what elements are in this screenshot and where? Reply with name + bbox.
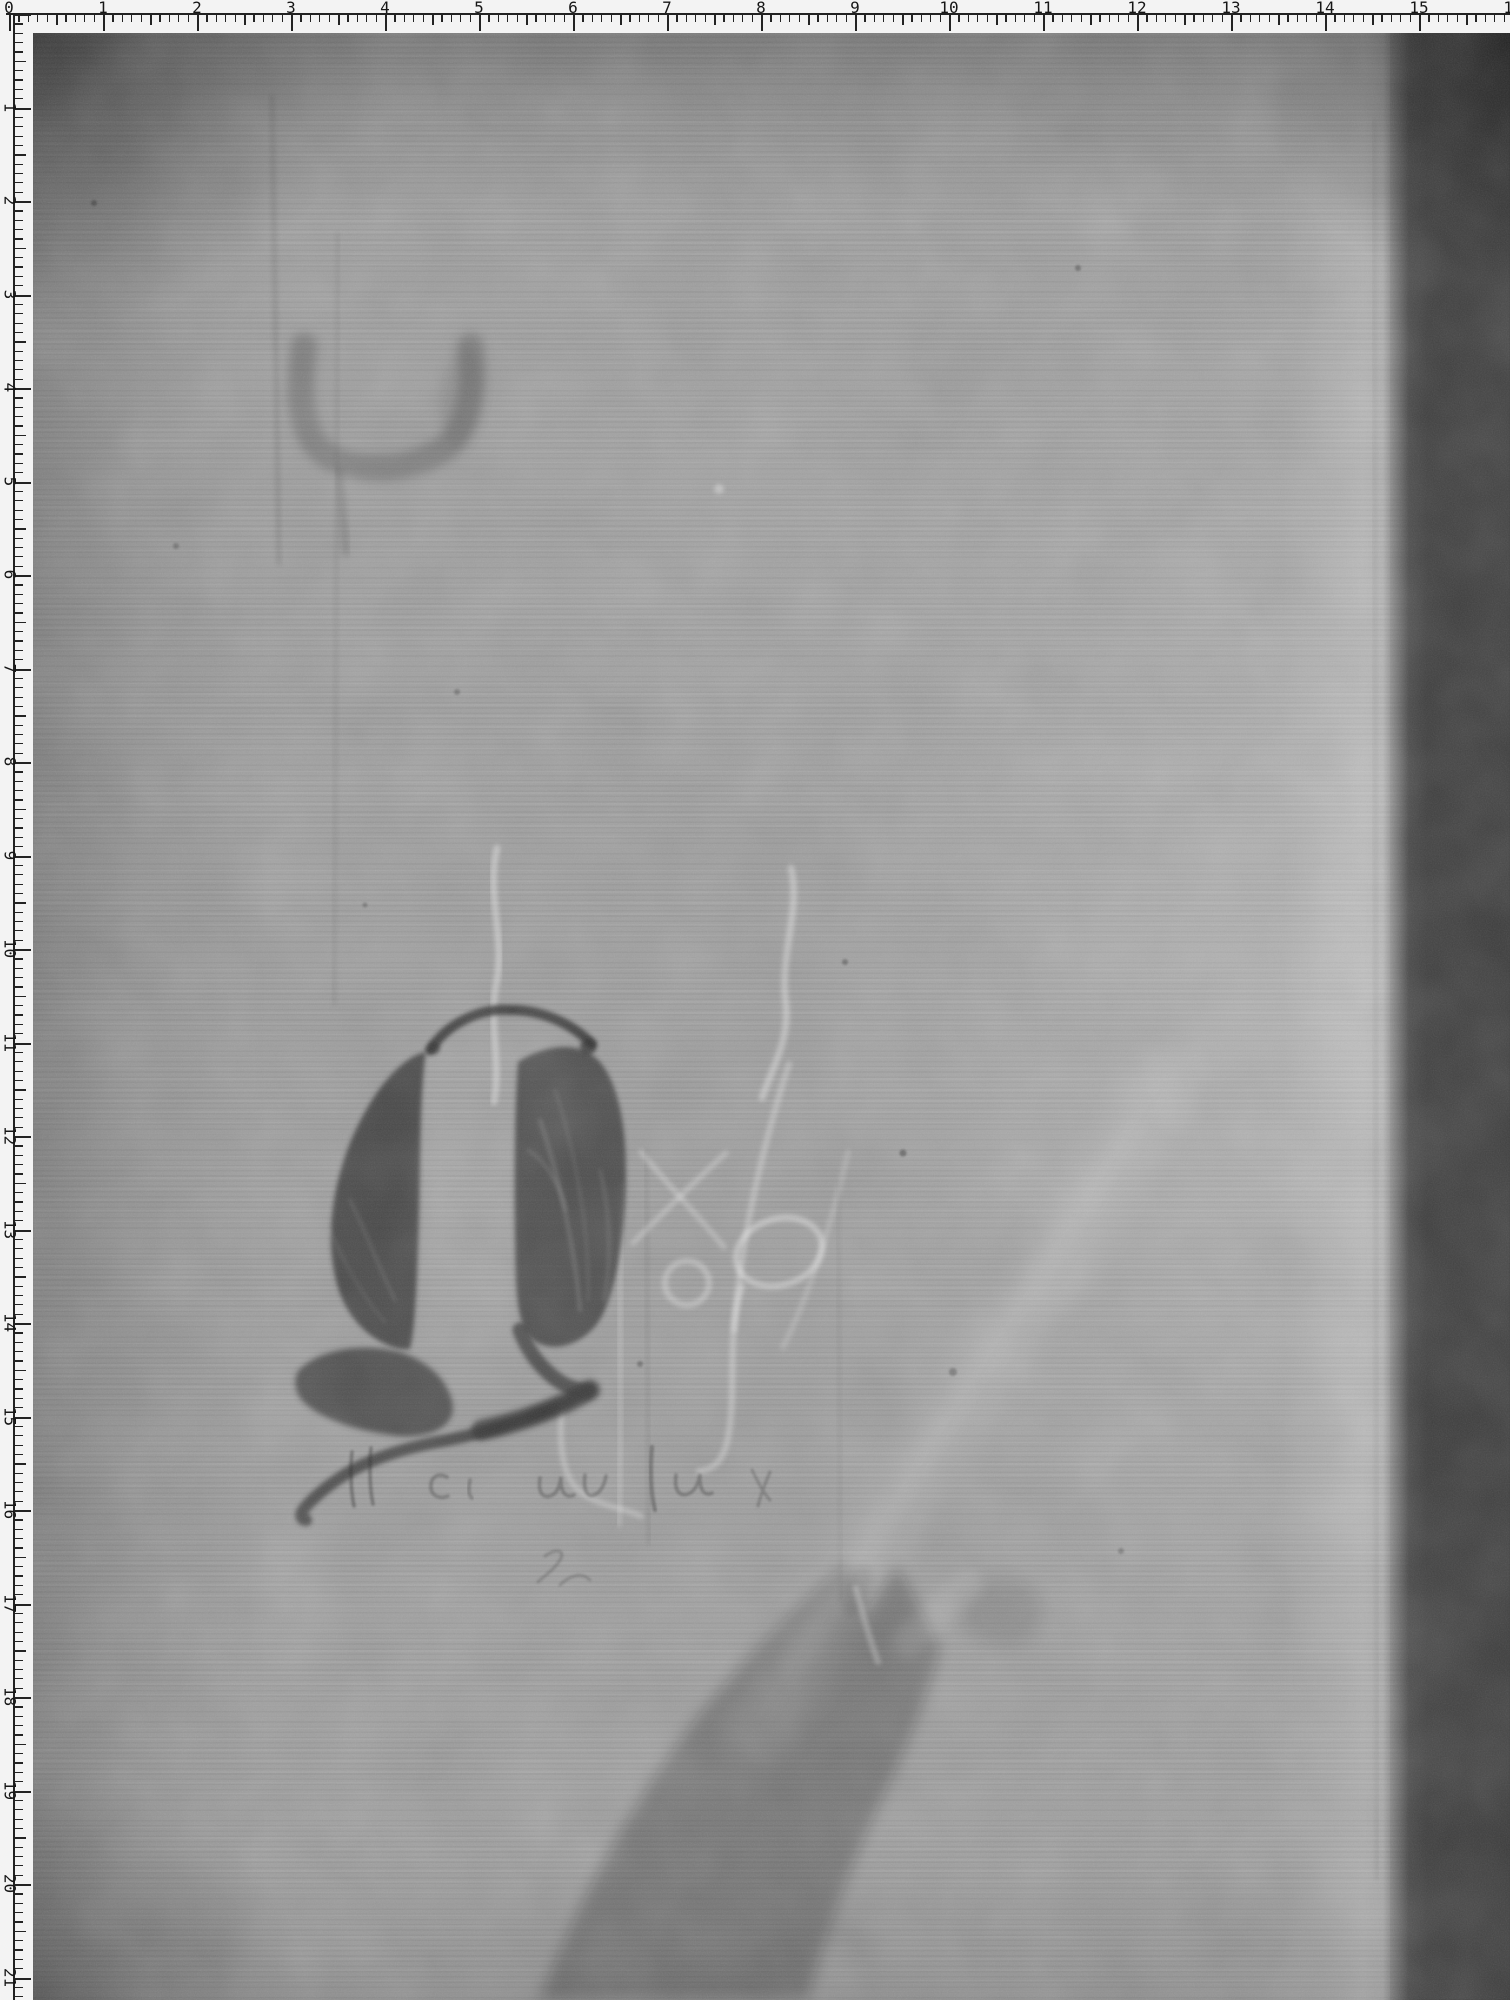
ruler-tick [15, 1847, 23, 1848]
ruler-tick [1156, 14, 1157, 22]
ruler-tick [517, 14, 518, 22]
ruler-tick [987, 14, 988, 22]
ruler-tick [15, 70, 23, 71]
page-edge-highlight [1282, 32, 1390, 2000]
initial-letter-mottle [528, 1150, 566, 1210]
ruler-tick [695, 14, 696, 22]
ruler-tick [15, 323, 23, 324]
ruler-tick [15, 1547, 23, 1548]
ruler-number: 17 [1, 1590, 20, 1616]
ruler-tick [15, 538, 23, 539]
ruler-tick [902, 14, 904, 25]
ruler-tick [15, 1267, 23, 1268]
ruler-tick [15, 612, 23, 613]
ruler-tick [799, 14, 800, 22]
ruler-tick [15, 631, 23, 632]
ruler-tick [1447, 14, 1448, 22]
ruler-tick [112, 14, 113, 22]
ruler-tick [15, 1398, 23, 1399]
ruler-tick [1024, 14, 1025, 22]
chain-line [334, 232, 338, 1005]
initial-letter-mottle [330, 1230, 385, 1322]
script-stroke [431, 1475, 448, 1497]
ruler-tick [1438, 14, 1439, 22]
ruler-tick [1081, 14, 1082, 22]
ruler-tick [15, 1061, 23, 1062]
ruler-tick [1457, 14, 1458, 22]
ruler-tick [15, 444, 23, 445]
ruler-number: 16 [1, 1497, 20, 1523]
ruler-tick [15, 1744, 26, 1746]
light-diagonal-band [758, 1082, 1166, 1728]
script-stroke [651, 1447, 655, 1510]
ruler-tick [159, 14, 160, 22]
ruler-number: 8 [1, 749, 20, 775]
ruler-tick [658, 14, 659, 22]
watermark-horn-right [762, 868, 794, 1098]
ruler-tick [15, 332, 23, 333]
light-diagonal-band-core [790, 1130, 1130, 1672]
ruler-tick [131, 14, 132, 22]
ruler-tick [15, 556, 23, 557]
ruler-tick [15, 164, 23, 165]
ruler-number: 3 [1, 281, 20, 307]
ruler-tick [15, 1856, 23, 1857]
ruler-number: 12 [1, 1123, 20, 1149]
ruler-tick [15, 1959, 23, 1960]
ruler-tick [15, 1641, 23, 1642]
shadow-wedge-tip [836, 1561, 878, 1619]
script-stroke [752, 1470, 770, 1506]
initial-letter-teardrop [295, 1348, 453, 1437]
ruler-number: 4 [380, 0, 390, 17]
ruler-tick [15, 173, 23, 174]
ruler-number: 15 [1, 1403, 20, 1429]
ruler-tick [15, 1286, 23, 1287]
ruler-tick [15, 1099, 23, 1100]
ruler-tick [15, 743, 23, 744]
ruler-number: 2 [1, 188, 20, 214]
ruler-tick [366, 14, 367, 22]
ruler-tick [169, 14, 170, 22]
ruler-tick [150, 14, 152, 25]
ruler-tick [15, 594, 23, 595]
ruler-tick [15, 360, 23, 361]
script-stroke [676, 1474, 712, 1495]
ruler-tick [460, 14, 461, 22]
ruler-tick [15, 500, 23, 501]
ruler-tick [1306, 14, 1307, 22]
ruler-tick [789, 14, 790, 22]
ruler-tick [15, 1491, 23, 1492]
ruler-tick [15, 1435, 23, 1436]
ruler-tick [827, 14, 828, 22]
ruler-tick [620, 14, 622, 25]
ruler-number: 1 [98, 0, 108, 17]
ruler-number: 11 [1, 1029, 20, 1055]
ruler-tick [15, 1211, 23, 1212]
ruler-tick [15, 697, 23, 698]
script-stroke [351, 1448, 373, 1506]
ruler-tick [1212, 14, 1213, 22]
ruler-tick [75, 14, 76, 22]
ruler-tick [272, 14, 273, 22]
ruler-number: 7 [1, 655, 20, 681]
ruler-tick [15, 238, 23, 239]
ruler-tick [15, 1650, 26, 1652]
script-stroke [539, 1475, 606, 1496]
ruler-tick [15, 912, 23, 913]
ruler-tick [122, 14, 123, 22]
ruler-left: 123456789101112131415161718192021 [0, 0, 33, 2000]
ruler-tick [1494, 14, 1495, 22]
initial-letter-arc-knob [580, 1039, 596, 1055]
ruler-tick [15, 1276, 26, 1278]
ruler-number: 9 [1, 842, 20, 868]
ruler-tick [15, 706, 23, 707]
ruler-tick [15, 799, 23, 800]
watermark-face-curve [734, 1064, 789, 1330]
ruler-tick [15, 1734, 23, 1735]
initial-letter-tail-thick [482, 1390, 590, 1430]
ruler-tick [592, 14, 593, 22]
ruler-tick [15, 1996, 23, 1997]
ruler-tick [545, 14, 546, 22]
ruler-tick [15, 89, 23, 90]
ruler-tick [84, 14, 85, 22]
initial-letter-neck [520, 1330, 587, 1391]
ruler-tick [639, 14, 640, 22]
ruler-tick [347, 14, 348, 22]
ruler-tick [611, 14, 612, 22]
ruler-tick [15, 715, 26, 717]
watermark-cross-stroke [633, 1153, 726, 1243]
ruler-tick [15, 1342, 23, 1343]
ruler-tick [488, 14, 489, 22]
ruler-tick [676, 14, 677, 22]
ruler-tick [601, 14, 602, 22]
ruler-tick [319, 14, 320, 22]
ruler-tick [705, 14, 706, 22]
ruler-tick [15, 781, 23, 782]
ruler-number: 18 [1, 1684, 20, 1710]
ruler-tick [15, 1678, 23, 1679]
ruler-tick [15, 977, 23, 978]
ruler-tick [1400, 14, 1401, 22]
ruler-tick [15, 930, 23, 931]
chain-line [272, 95, 279, 565]
ruler-tick [564, 14, 565, 22]
ruler-tick [15, 1201, 23, 1202]
ruler-tick [65, 14, 66, 22]
ruler-tick [15, 1463, 26, 1465]
ruler-tick [686, 14, 687, 22]
ruler-tick [15, 1388, 23, 1389]
watermark-horn-left [494, 848, 499, 1102]
ruler-tick [968, 14, 969, 22]
lighting-vignette [0, 0, 1510, 2000]
ruler-tick [15, 809, 26, 811]
ruler-tick [15, 902, 26, 904]
ruler-tick [15, 257, 23, 258]
ruler-tick [470, 14, 471, 22]
ruler-tick [413, 14, 414, 22]
ruler-tick [996, 14, 998, 25]
ruler-tick [94, 14, 95, 22]
chain-line [838, 1180, 841, 1600]
ruler-number: 7 [662, 0, 672, 17]
ruler-tick [357, 14, 358, 22]
paper-speck [842, 959, 848, 965]
ruler-tick [15, 23, 23, 24]
ruler-tick [15, 1865, 23, 1866]
ruler-tick [15, 968, 23, 969]
ruler-tick [15, 220, 23, 221]
ruler-tick [15, 1809, 23, 1810]
ruler-tick [15, 14, 31, 16]
ruler-tick [376, 14, 377, 22]
ruler-tick [1372, 14, 1374, 25]
ruler-tick [235, 14, 236, 22]
film-grain-layer [0, 0, 1510, 2000]
initial-letter-mottle [350, 1200, 395, 1300]
ruler-tick [206, 14, 207, 22]
paper-speck [1118, 1548, 1124, 1554]
ruler-number: 14 [1, 1310, 20, 1336]
ruler-tick [56, 14, 58, 25]
initial-letter-top-arc [430, 1010, 510, 1050]
ruler-number: 9 [850, 0, 860, 17]
ruler-tick [1193, 14, 1194, 22]
bleedthrough-ornament-tail [339, 470, 346, 552]
ruler-tick [15, 341, 26, 343]
ruler-tick [1184, 14, 1186, 25]
ruler-tick [15, 1024, 23, 1025]
ruler-number: 11 [1033, 0, 1052, 17]
ruler-tick [15, 622, 26, 624]
ruler-tick [15, 1089, 26, 1091]
ruler-tick [15, 145, 23, 146]
ruler-tick [733, 14, 734, 22]
ruler-tick [15, 884, 23, 885]
ruler-tick [15, 1080, 23, 1081]
ruler-tick [15, 351, 23, 352]
paper-speck [637, 1361, 643, 1367]
ruler-number: 3 [286, 0, 296, 17]
ruler-tick [15, 1304, 23, 1305]
ruler-tick [723, 14, 724, 22]
ruler-tick [225, 14, 226, 22]
ruler-tick [1466, 14, 1468, 25]
shadow-wedge-gash [856, 1588, 878, 1662]
ruler-tick [15, 1482, 23, 1483]
initial-letter-gap-highlight [425, 1048, 517, 1348]
ruler-tick [1269, 14, 1270, 22]
ruler-tick [15, 1660, 23, 1661]
ruler-tick [15, 687, 23, 688]
ruler-tick [817, 14, 818, 22]
ruler-tick [15, 827, 23, 828]
ruler-tick [1363, 14, 1364, 22]
ruler-tick [15, 1762, 23, 1763]
ruler-tick [1175, 14, 1176, 22]
ruler-tick [15, 1949, 23, 1950]
ruler-tick [15, 61, 26, 63]
ruler-tick [554, 14, 555, 22]
ruler-tick [15, 1529, 23, 1530]
ruler-tick [15, 1258, 23, 1259]
ruler-tick [15, 425, 23, 426]
ruler-tick [780, 14, 781, 22]
ruler-tick [1250, 14, 1251, 22]
ruler-tick [15, 1071, 23, 1072]
ruler-number: 12 [1127, 0, 1146, 17]
ruler-tick [15, 435, 26, 437]
ruler-tick [451, 14, 452, 22]
page-edge-line [1374, 120, 1377, 1880]
ruler-tick [582, 14, 583, 22]
ruler-tick [15, 1557, 26, 1559]
chain-line [646, 1150, 649, 1545]
paper-speck [454, 689, 460, 695]
ruler-tick [808, 14, 810, 25]
ruler-tick [15, 453, 23, 454]
ruler-tick [1391, 14, 1392, 22]
watermark-circle [665, 1261, 709, 1305]
ruler-tick [893, 14, 894, 22]
ruler-tick [15, 154, 26, 156]
ruler-tick [15, 510, 23, 511]
ruler-tick [15, 1632, 23, 1633]
ruler-tick [15, 313, 23, 314]
ruler-tick [441, 14, 442, 22]
ruler-tick [15, 893, 23, 894]
ruler-number: 5 [474, 0, 484, 17]
ruler-tick [178, 14, 179, 22]
ruler-number: 20 [1, 1871, 20, 1897]
ruler-tick [1278, 14, 1280, 25]
ruler-number: 5 [1, 468, 20, 494]
ruler-tick [15, 229, 23, 230]
ruler-number: 21 [1, 1964, 20, 1990]
ruler-tick [432, 14, 434, 25]
ruler-number: 13 [1221, 0, 1240, 17]
ruler-tick [15, 1538, 23, 1539]
ruler-tick [15, 1772, 23, 1773]
ruler-tick [15, 51, 23, 52]
ruler-tick [15, 416, 23, 417]
parchment-background [0, 0, 1510, 2000]
ruler-tick [15, 986, 23, 987]
ruler-tick [15, 463, 23, 464]
ruler-tick [1062, 14, 1063, 22]
bleedthrough-ornament-limb [435, 345, 487, 449]
ruler-tick [15, 1669, 23, 1670]
ruler-tick [752, 14, 753, 22]
paper-speck [363, 903, 368, 908]
ruler-tick [15, 1005, 23, 1006]
ruler-tick [15, 818, 23, 819]
ruler-tick [15, 266, 23, 267]
bleedthrough-ornament [301, 346, 472, 467]
ruler-tick [37, 14, 38, 22]
ruler-tick [244, 14, 246, 25]
ruler-tick [15, 603, 23, 604]
ruler-tick [15, 1183, 26, 1185]
ruler-tick [15, 1837, 26, 1839]
ruler-tick [15, 1370, 26, 1372]
ruler-tick [15, 1379, 23, 1380]
paper-speck [1075, 265, 1081, 271]
ruler-tick [836, 14, 837, 22]
ruler-tick [15, 519, 23, 520]
ruler-tick [15, 248, 26, 250]
scribble-mark [538, 1551, 590, 1585]
watermark-face-curve-outer [783, 1152, 848, 1347]
ruler-tick [714, 14, 716, 25]
ruler-tick [742, 14, 743, 22]
ruler-tick [423, 14, 424, 22]
ruler-tick [15, 276, 23, 277]
ruler-tick [15, 369, 23, 370]
ruler-tick [15, 79, 23, 80]
ruler-tick [15, 528, 26, 530]
paper-speck [91, 200, 97, 206]
ruler-tick [1485, 14, 1486, 22]
ruler-tick [846, 14, 847, 22]
ruler-number: 6 [1, 562, 20, 588]
ruler-tick [15, 1117, 23, 1118]
ruler-number: 1 [1, 94, 20, 120]
ruler-tick [977, 14, 978, 22]
watermark-vertical-line [619, 1185, 622, 1525]
ruler-tick [253, 14, 254, 22]
ruler-tick [15, 1155, 23, 1156]
ruler-tick [15, 650, 23, 651]
ruler-tick [921, 14, 922, 22]
watermark-muzzle-loop [727, 1207, 831, 1297]
ruler-tick [629, 14, 630, 22]
ruler-tick [15, 407, 23, 408]
ruler-tick [15, 1921, 23, 1922]
ruler-tick [535, 14, 536, 22]
ruler-tick [15, 1940, 23, 1941]
script-stroke [469, 1480, 472, 1498]
ruler-tick [15, 547, 23, 548]
ruler-tick [15, 182, 23, 183]
ruler-tick [141, 14, 142, 22]
ruler-tick [1475, 14, 1476, 22]
ruler-top: 012345678910111213141516 [0, 0, 1510, 33]
shadow-wedge [540, 1562, 940, 2000]
ruler-number: 13 [1, 1216, 20, 1242]
watermark-lower-line [561, 1398, 641, 1516]
ruler-tick [15, 1454, 23, 1455]
ruler-tick [770, 14, 771, 22]
ruler-tick [188, 14, 189, 22]
ruler-number: 4 [1, 375, 20, 401]
ruler-tick [15, 1585, 23, 1586]
ruler-number: 10 [939, 0, 958, 17]
ruler-tick [1015, 14, 1016, 22]
ruler-tick [15, 136, 23, 137]
ruler-tick [1099, 14, 1100, 22]
ruler-tick [883, 14, 884, 22]
ruler-tick [15, 1173, 23, 1174]
manuscript-scan: 012345678910111213141516 123456789101112… [0, 0, 1510, 2000]
ruler-number: 6 [568, 0, 578, 17]
ruler-tick [15, 725, 23, 726]
